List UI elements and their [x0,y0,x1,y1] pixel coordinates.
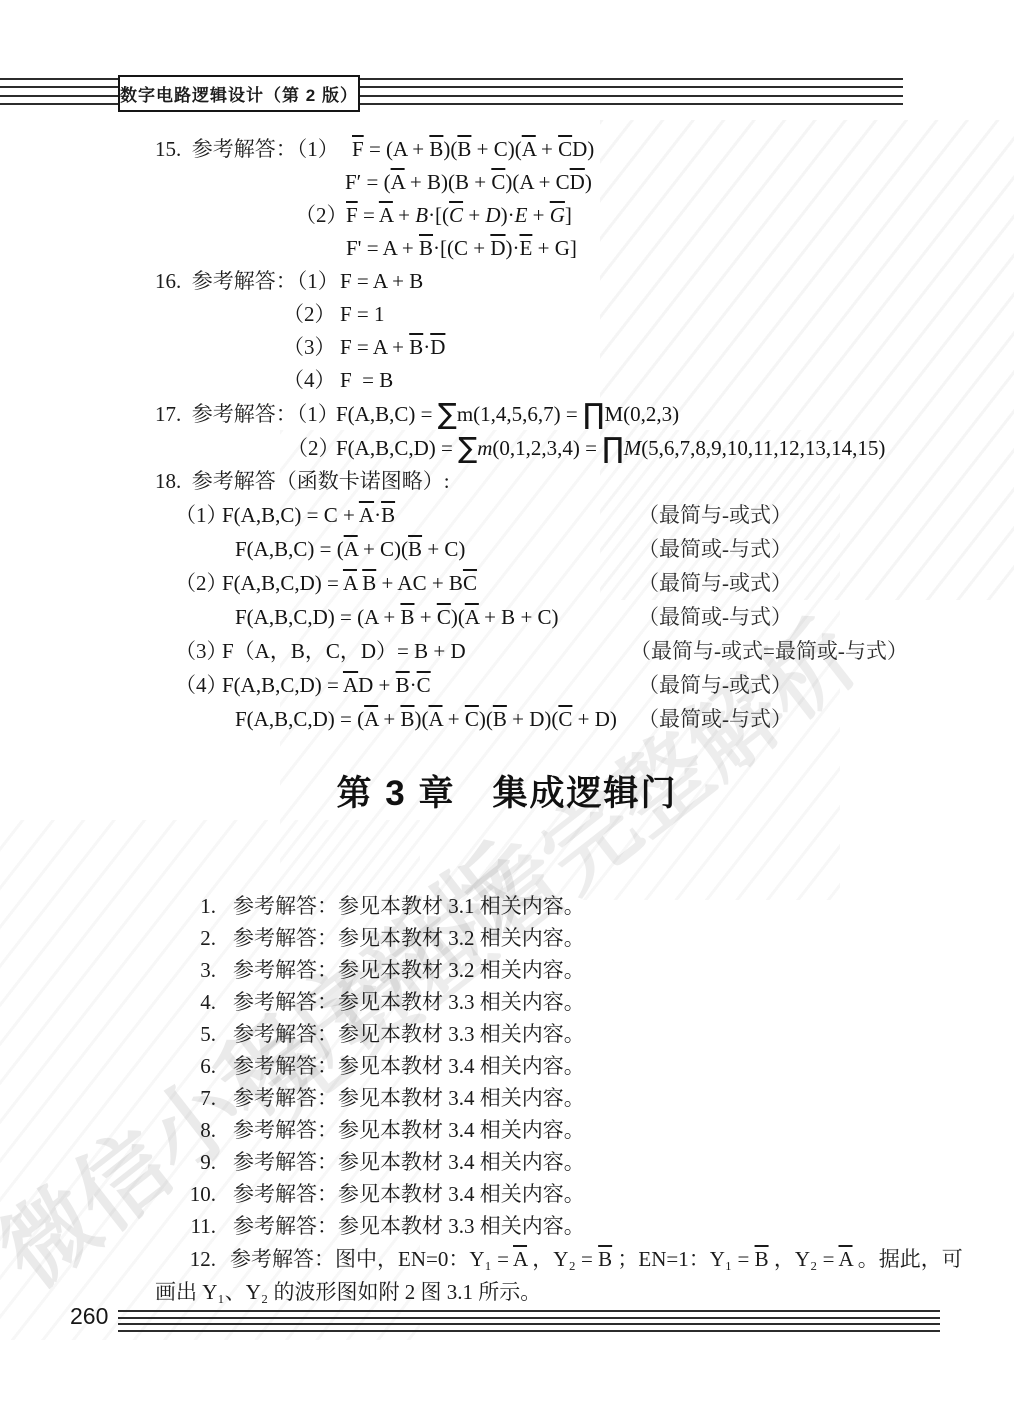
item-tag: （2） [295,199,348,232]
formula: F(A,B,C,D) = (A + B)(A + C)(B + D)(C + D… [235,702,617,736]
problem-line: （3） F（A，B，C，D）= B + D （最简与-或式=最简或-与式） [0,634,1014,668]
problem-line: 17. 参考解答：（1） F(A,B,C) = ∑m(1,4,5,6,7) = … [0,397,1014,431]
simplification-note: （最简与-或式=最简或-与式） [630,634,908,668]
answer-number: 5. [178,1018,216,1050]
problem-18: 18. 参考解答（函数卡诺图略）: （1） F(A,B,C) = C + A·B… [0,465,1014,736]
footer-rule [118,1330,940,1332]
problem-line: （3） F = A + B·D [0,331,1014,364]
simplification-note: （最简与-或式） [638,668,792,702]
formula: F(A,B,C,D) = A B + AC + BC [222,566,477,600]
problem-17: 17. 参考解答：（1） F(A,B,C) = ∑m(1,4,5,6,7) = … [0,397,1014,465]
formula: F(A,B,C) = ∑m(1,4,5,6,7) = ∏M(0,2,3) [336,397,679,431]
answer-text: 参考解答：参见本教材 3.2 相关内容。 [233,958,585,982]
formula: F（A，B，C，D）= B + D [222,634,466,668]
answer-text: 参考解答：参见本教材 3.4 相关内容。 [233,1150,585,1174]
formula: F = (A + B)(B + C)(A + CD) [352,133,594,166]
answer-number: 3. [178,954,216,986]
item-tag: （2） [175,566,228,600]
formula: F = A + B·D [340,331,445,364]
simplification-note: （最简或-与式） [638,702,792,736]
item-tag: （3） [283,331,336,364]
answers-list: 1.参考解答：参见本教材 3.1 相关内容。 2.参考解答：参见本教材 3.2 … [0,858,1014,1210]
problem-16: 16. 参考解答：（1） F = A + B （2） F = 1 （3） F =… [0,265,1014,397]
header-title: 数字电路逻辑设计（第 2 版） [120,81,358,106]
formula: F(A,B,C,D) = (A + B + C)(A + B + C) [235,600,559,634]
formula: F = A + B·[(C + D)·E + G] [346,199,572,232]
formula: F' = A + B·[(C + D)·E + G] [346,232,577,265]
problem-line: （1） F(A,B,C) = C + A·B （最简与-或式） [0,498,1014,532]
footer-rule [118,1323,940,1325]
page-number: 260 [70,1303,108,1330]
simplification-note: （最简与-或式） [638,566,792,600]
answer-label: 15. 参考解答：（1） [155,133,339,166]
answer-text: 参考解答：参见本教材 3.3 相关内容。 [233,1022,585,1046]
answer-text: 画出 Y₁、Y₂ 的波形图如附 2 图 3.1 所示。 [155,1280,541,1304]
problem-line: （4） F = B [0,364,1014,397]
answer-label: 18. 参考解答（函数卡诺图略）: [155,465,450,498]
formula: F = 1 [340,298,385,331]
problem-line: （2） F(A,B,C,D) = ∑m(0,1,2,3,4) = ∏M(5,6,… [0,431,1014,465]
answer-text: 参考解答：参见本教材 3.2 相关内容。 [233,926,585,950]
problem-line: （4） F(A,B,C,D) = AD + B·C （最简与-或式） [0,668,1014,702]
item-tag: （2） [287,431,340,465]
answer-text: 参考解答：参见本教材 3.4 相关内容。 [233,1054,585,1078]
simplification-note: （最简与-或式） [638,498,792,532]
footer-rule [118,1317,940,1319]
formula: F(A,B,C) = (A + C)(B + C) [235,532,465,566]
answer-label: 17. 参考解答：（1） [155,397,339,431]
item-tag: （4） [283,364,336,397]
item-tag: （3） [175,634,228,668]
answer-text: 参考解答：参见本教材 3.1 相关内容。 [233,894,585,918]
formula: F(A,B,C) = C + A·B [222,498,395,532]
item-tag: （1） [175,498,228,532]
item-tag: （2） [283,298,336,331]
problem-line: 18. 参考解答（函数卡诺图略）: [0,465,1014,498]
problem-line: F′ = (A + B)(B + C)(A + CD) [0,166,1014,199]
problem-15: 15. 参考解答：（1） F = (A + B)(B + C)(A + CD) … [0,133,1014,265]
answer-number: 8. [178,1114,216,1146]
problem-line: 16. 参考解答：（1） F = A + B [0,265,1014,298]
problem-line: F(A,B,C,D) = (A + B + C)(A + B + C) （最简或… [0,600,1014,634]
book-page: 微信小程序新版 免费查看完整解析 数字电路逻辑设计（第 2 版） 15. 参考解… [0,0,1014,1414]
formula: F(A,B,C,D) = ∑m(0,1,2,3,4) = ∏M(5,6,7,8,… [336,431,885,465]
simplification-note: （最简或-与式） [638,532,792,566]
problem-line: F' = A + B·[(C + D)·E + G] [0,232,1014,265]
answer-row: 画出 Y₁、Y₂ 的波形图如附 2 图 3.1 所示。 [0,1243,1014,1276]
answer-number: 1. [178,890,216,922]
chapter-heading: 第 3 章 集成逻辑门 [0,770,1014,818]
answer-12-paragraph: 12.参考解答：图中，EN=0：Y₁ = A ，Y₂ = B ；EN=1：Y₁ … [0,1210,1014,1276]
item-tag: （4） [175,668,228,702]
problem-line: （2） F = A + B·[(C + D)·E + G] [0,199,1014,232]
answer-row: 12.参考解答：图中，EN=0：Y₁ = A ，Y₂ = B ；EN=1：Y₁ … [0,1210,1014,1243]
answer-number: 9. [178,1146,216,1178]
problem-line: F(A,B,C,D) = (A + B)(A + C)(B + D)(C + D… [0,702,1014,736]
formula: F′ = (A + B)(B + C)(A + CD) [345,166,592,199]
formula: F = A + B [340,265,423,298]
answer-number: 2. [178,922,216,954]
answer-text: 参考解答：参见本教材 3.4 相关内容。 [233,1182,585,1206]
answer-label: 16. 参考解答：（1） [155,265,339,298]
header-title-box: 数字电路逻辑设计（第 2 版） [118,75,360,112]
answer-number: 6. [178,1050,216,1082]
simplification-note: （最简或-与式） [638,600,792,634]
problem-line: （2） F(A,B,C,D) = A B + AC + BC （最简与-或式） [0,566,1014,600]
problem-line: （2） F = 1 [0,298,1014,331]
answer-text: 参考解答：参见本教材 3.4 相关内容。 [233,1118,585,1142]
problem-line: F(A,B,C) = (A + C)(B + C) （最简或-与式） [0,532,1014,566]
answer-text: 参考解答：参见本教材 3.3 相关内容。 [233,990,585,1014]
formula: F(A,B,C,D) = AD + B·C [222,668,431,702]
answer-row: 1.参考解答：参见本教材 3.1 相关内容。 [0,858,1014,890]
formula: F = B [340,364,393,397]
page-content: 15. 参考解答：（1） F = (A + B)(B + C)(A + CD) … [0,133,1014,1276]
answer-number: 10. [178,1178,216,1210]
footer-rule [118,1310,940,1312]
answer-number: 7. [178,1082,216,1114]
answer-number: 4. [178,986,216,1018]
answer-text: 参考解答：参见本教材 3.4 相关内容。 [233,1086,585,1110]
problem-line: 15. 参考解答：（1） F = (A + B)(B + C)(A + CD) [0,133,1014,166]
